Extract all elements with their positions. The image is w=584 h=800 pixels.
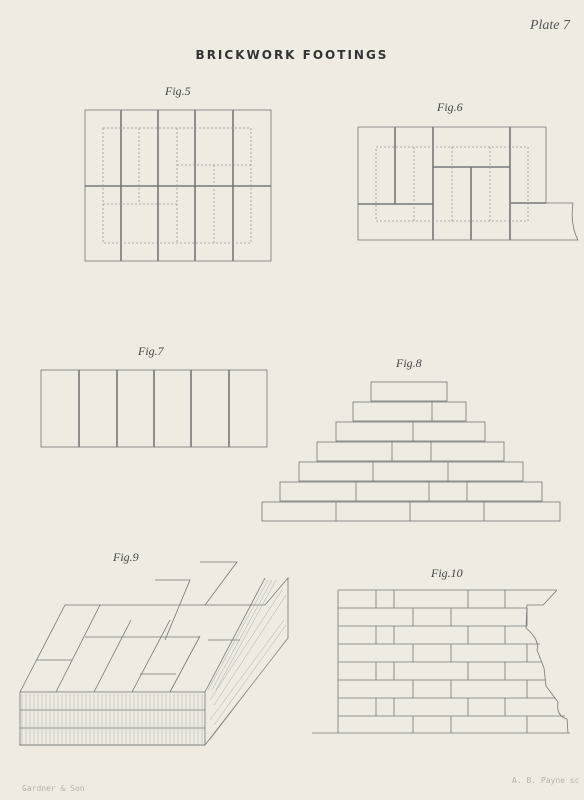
fig6-drawing xyxy=(358,127,578,240)
fig8-drawing xyxy=(262,382,560,521)
drawings xyxy=(0,0,584,800)
printer-credit: Gardner & Son xyxy=(22,784,85,793)
fig9-drawing xyxy=(19,562,288,745)
engraver-credit: A. B. Payne sc xyxy=(512,776,579,785)
fig7-drawing xyxy=(41,370,267,447)
fig5-drawing xyxy=(85,110,271,261)
fig10-drawing xyxy=(312,590,570,733)
